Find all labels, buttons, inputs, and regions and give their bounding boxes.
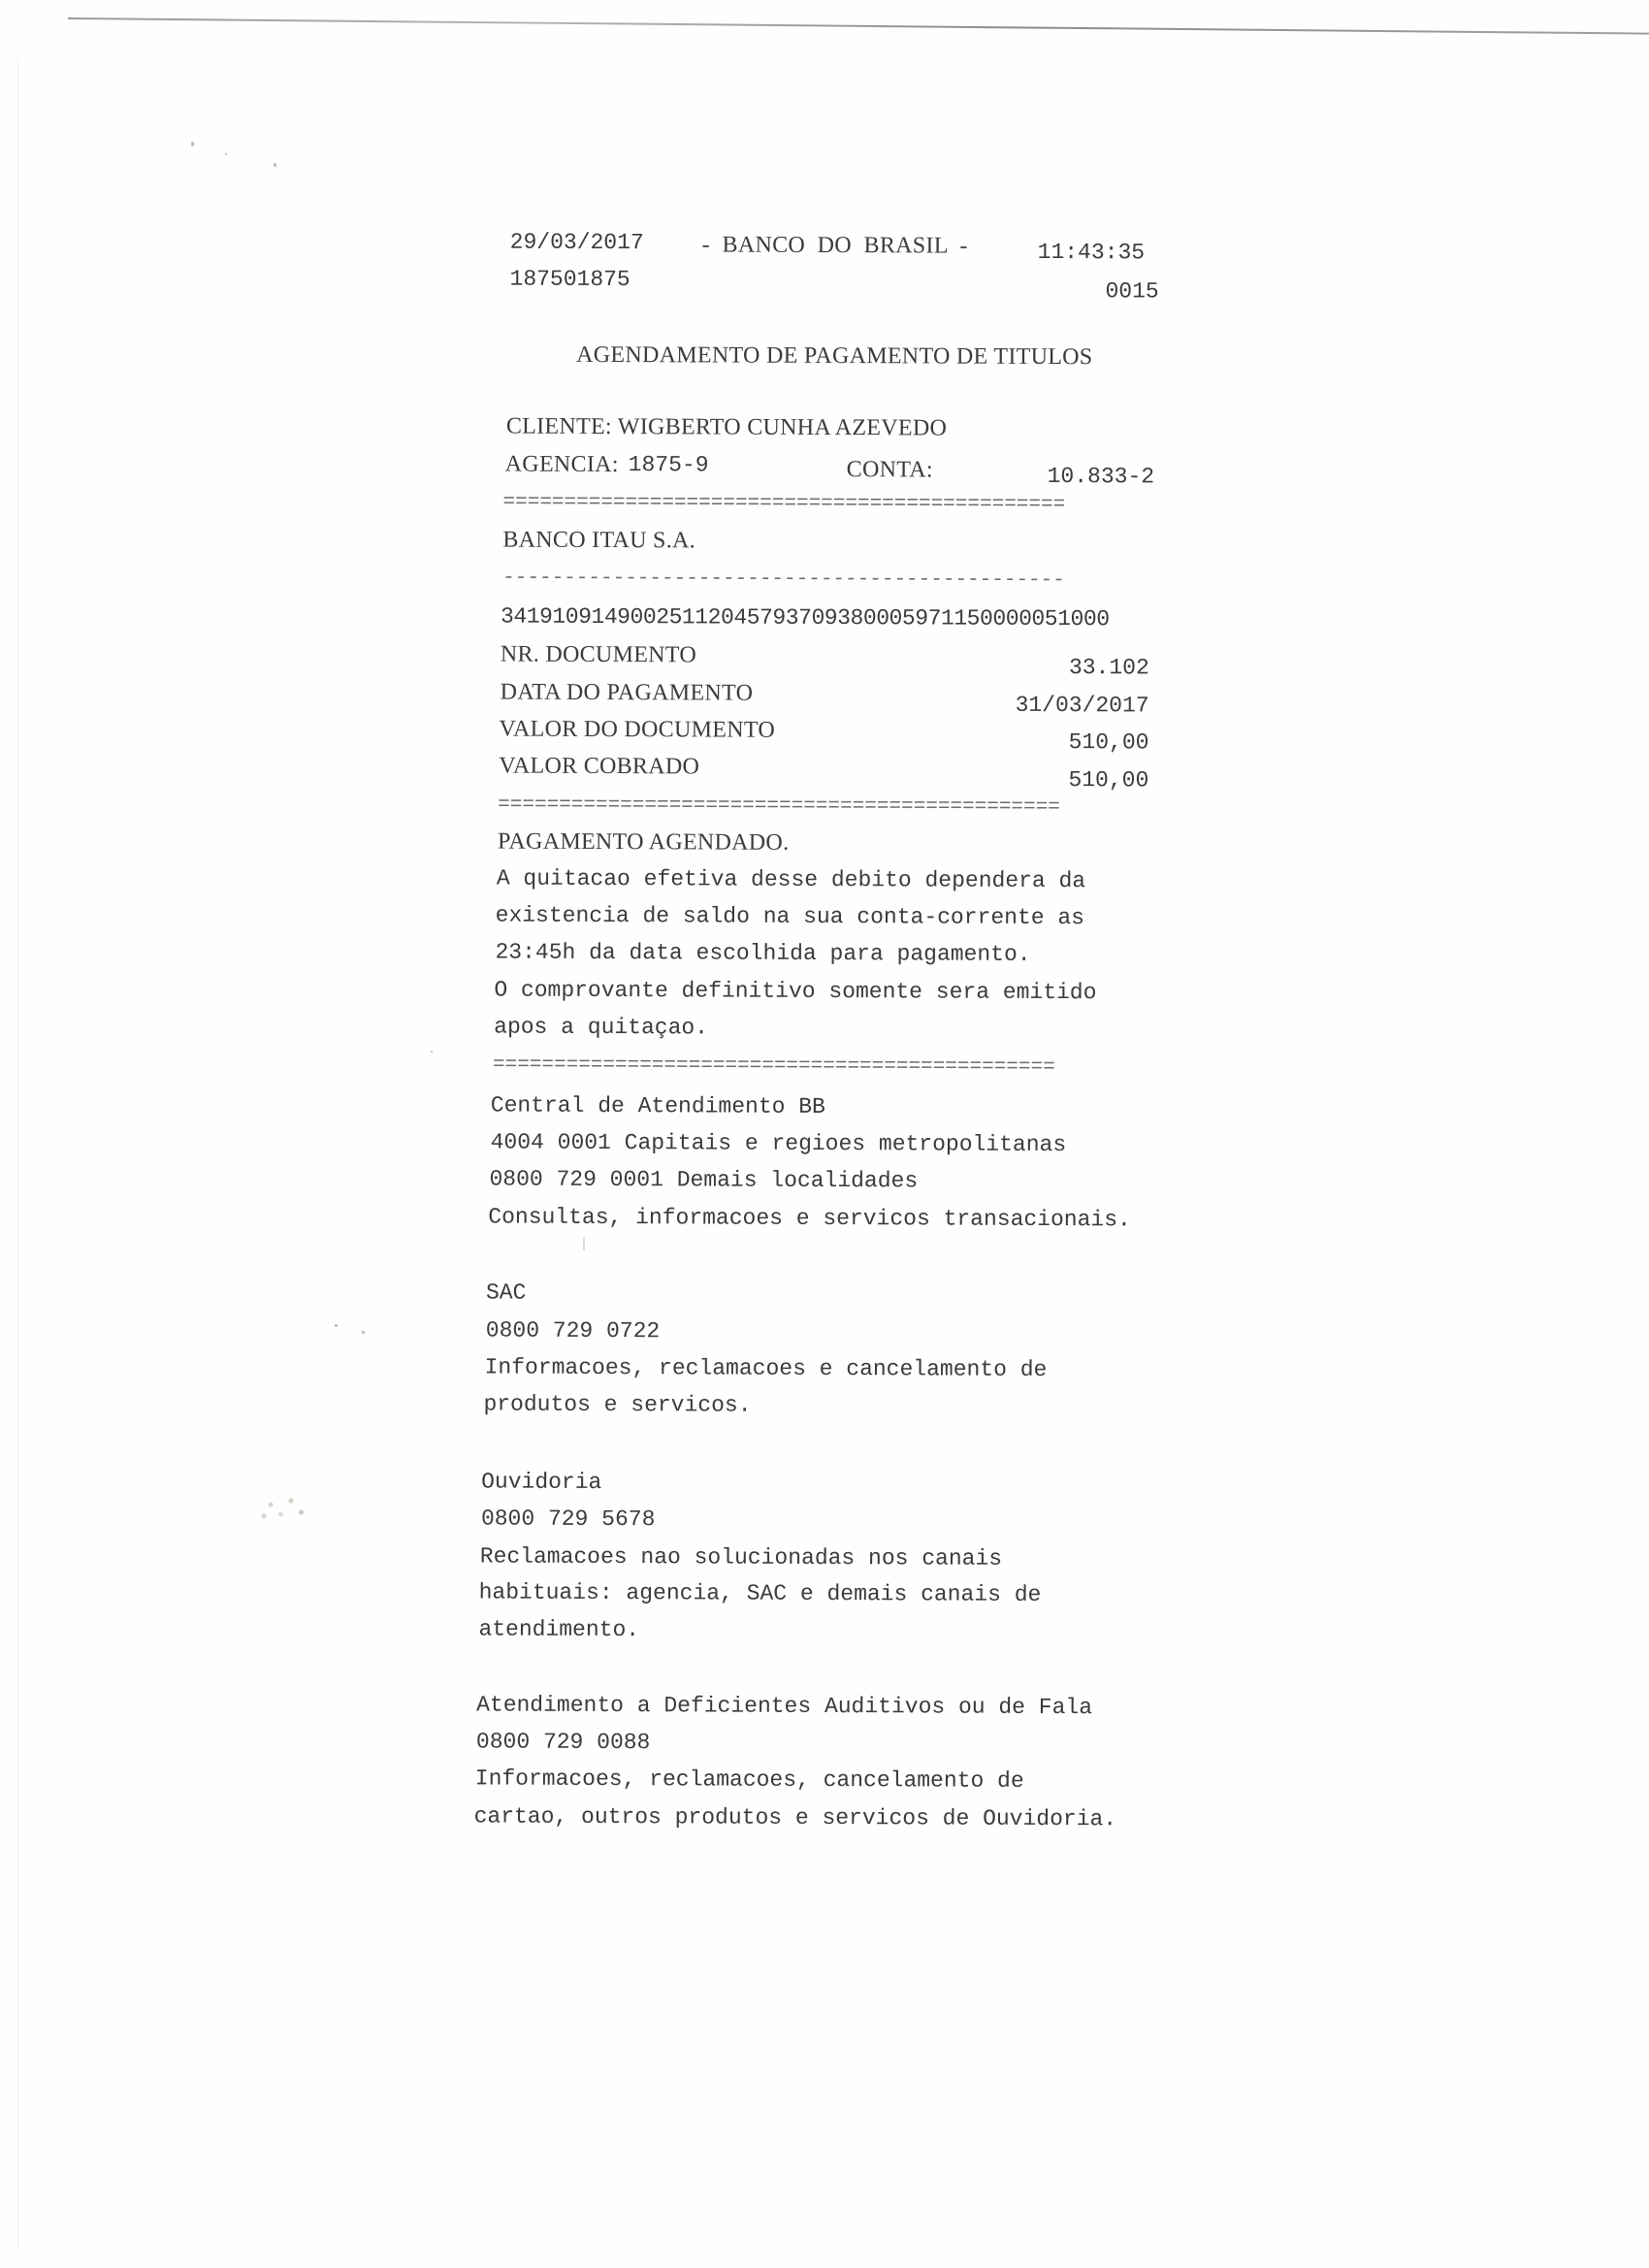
- header-bank-title: - BANCO DO BRASIL -: [702, 232, 968, 258]
- status-line: O comprovante definitivo somente sera em…: [494, 978, 1096, 1006]
- detail-value: 510,00: [954, 767, 1148, 794]
- ouvidoria-line: atendimento.: [478, 1616, 639, 1642]
- status-line: A quitacao efetiva desse debito depender…: [497, 866, 1085, 894]
- deficientes-line: Informacoes, reclamacoes, cancelamento d…: [475, 1766, 1024, 1793]
- central-line: Consultas, informacoes e servicos transa…: [488, 1204, 1131, 1232]
- agencia-label: AGENCIA:: [505, 452, 619, 478]
- detail-value: 31/03/2017: [955, 693, 1149, 719]
- agencia-value: 1875-9: [629, 452, 709, 477]
- ouvidoria-line: Reclamacoes nao solucionadas nos canais: [480, 1543, 1002, 1571]
- conta-value: 10.833-2: [1048, 464, 1155, 489]
- detail-label: VALOR DO DOCUMENTO: [499, 717, 775, 743]
- deficientes-phone: 0800 729 0088: [476, 1729, 651, 1755]
- detail-label: DATA DO PAGAMENTO: [501, 680, 754, 706]
- central-line: 4004 0001 Capitais e regioes metropolita…: [491, 1129, 1067, 1157]
- status-heading: PAGAMENTO AGENDADO.: [498, 829, 790, 856]
- sac-line: Informacoes, reclamacoes e cancelamento …: [485, 1354, 1048, 1382]
- ouvidoria-line: habituais: agencia, SAC e demais canais …: [479, 1579, 1042, 1607]
- separator-single: ----------------------------------------…: [502, 569, 1158, 592]
- client-line: CLIENTE: WIGBERTO CUNHA AZEVEDO: [506, 414, 947, 441]
- page-title: AGENDAMENTO DE PAGAMENTO DE TITULOS: [576, 342, 1092, 370]
- deficientes-line: cartao, outros produtos e servicos de Ou…: [474, 1803, 1117, 1831]
- detail-label: VALOR COBRADO: [499, 754, 699, 780]
- header-sequence: 0015: [1105, 278, 1158, 304]
- receipt: 29/03/2017 - BANCO DO BRASIL - 11:43:35 …: [0, 0, 1649, 2268]
- separator-double: ========================================…: [493, 1056, 1148, 1079]
- central-title: Central de Atendimento BB: [491, 1092, 825, 1119]
- header-terminal-id: 187501875: [509, 267, 630, 293]
- sac-line: produtos e servicos.: [483, 1391, 751, 1417]
- status-line: 23:45h da data escolhida para pagamento.: [495, 940, 1030, 967]
- separator-double: ========================================…: [502, 494, 1158, 516]
- ouvidoria-phone: 0800 729 5678: [481, 1506, 656, 1532]
- sac-phone: 0800 729 0722: [486, 1317, 661, 1344]
- conta-label: CONTA:: [847, 457, 933, 482]
- detail-value: 33.102: [955, 655, 1149, 681]
- payee-bank: BANCO ITAU S.A.: [502, 528, 695, 554]
- header-time: 11:43:35: [1038, 240, 1146, 265]
- deficientes-title: Atendimento a Deficientes Auditivos ou d…: [476, 1692, 1092, 1720]
- sac-title: SAC: [486, 1280, 527, 1305]
- central-line: 0800 729 0001 Demais localidades: [489, 1166, 918, 1193]
- scanned-page: 29/03/2017 - BANCO DO BRASIL - 11:43:35 …: [0, 0, 1649, 2268]
- detail-label: NR. DOCUMENTO: [501, 642, 696, 668]
- detail-value: 510,00: [954, 729, 1148, 756]
- status-line: apos a quitaçao.: [494, 1015, 708, 1041]
- ouvidoria-title: Ouvidoria: [481, 1469, 601, 1495]
- separator-double: ========================================…: [498, 796, 1153, 819]
- header-date: 29/03/2017: [510, 230, 644, 256]
- status-line: existencia de saldo na sua conta-corrent…: [496, 903, 1084, 931]
- barcode-line: 3419109149002511204579370938000597115000…: [501, 604, 1110, 632]
